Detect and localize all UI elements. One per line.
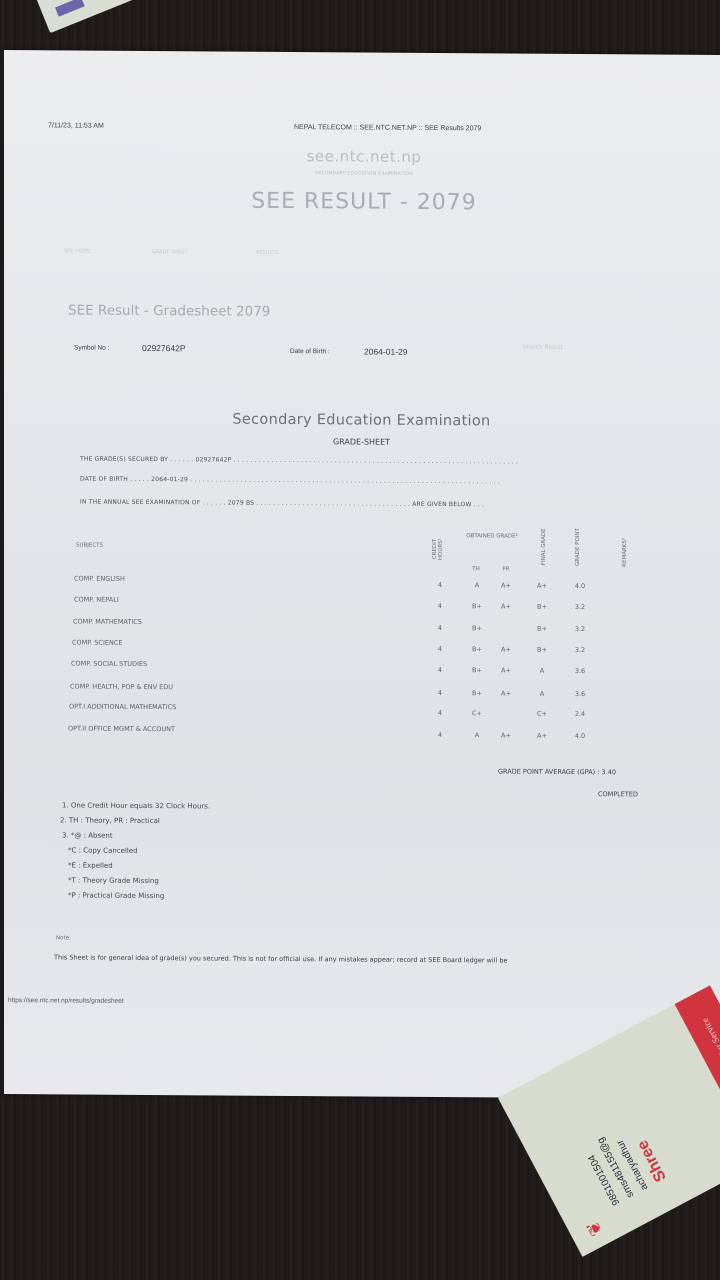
footnote-item: 3. *@ : Absent <box>62 831 113 839</box>
credit-hours-cell: 4 <box>428 731 452 739</box>
col-subjects: SUBJECTS <box>76 543 103 549</box>
nav-item-home[interactable]: SEE HOME <box>64 248 90 254</box>
footnote-item: *C : Copy Cancelled <box>68 846 138 854</box>
pr-grade-cell: A+ <box>494 731 518 739</box>
final-grade-cell: B+ <box>530 625 554 633</box>
nav-item-results[interactable]: RESULTS <box>256 250 278 256</box>
subject-name: COMP. NEPALI <box>74 595 119 603</box>
grade-point-cell: 4.0 <box>568 732 592 740</box>
th-grade-cell: C+ <box>465 709 489 717</box>
col-final-grade: FINAL GRADE <box>541 527 547 567</box>
final-grade-cell: A+ <box>530 582 554 590</box>
credit-hours-cell: 4 <box>428 709 452 717</box>
grade-point-cell: 4.0 <box>568 582 592 590</box>
col-obtained-grade: OBTAINED GRADE² <box>464 533 520 539</box>
grade-point-cell: 3.6 <box>568 667 592 675</box>
exam-title: Secondary Education Examination <box>4 410 719 431</box>
flyer-logo-icon: ❦ <box>582 1217 608 1240</box>
final-grade-cell: B+ <box>530 646 554 654</box>
print-datetime: 7/11/23, 11:53 AM <box>48 122 104 129</box>
gradesheet-title: GRADE-SHEET <box>4 435 719 449</box>
credit-hours-cell: 4 <box>428 581 452 589</box>
printed-gradesheet: 7/11/23, 11:53 AM NEPAL TELECOM :: SEE.N… <box>4 50 720 1099</box>
th-grade-cell: A <box>465 731 489 739</box>
col-th: TH <box>468 566 484 572</box>
pr-grade-cell: A+ <box>494 602 518 610</box>
print-url: https://see.ntc.net.np/results/gradeshee… <box>8 997 124 1005</box>
col-pr: PR <box>498 566 514 572</box>
dob-line: DATE OF BIRTH . . . . . 2064-01-29 . . .… <box>80 476 500 486</box>
pr-grade-cell: A+ <box>494 689 518 697</box>
subject-name: COMP. HEALTH, POP & ENV EDU <box>70 682 173 691</box>
col-credit-hours: CREDIT HOURS¹ <box>432 527 444 571</box>
th-grade-cell: B+ <box>465 666 489 674</box>
symbol-label: Symbol No : <box>74 344 109 351</box>
final-grade-cell: A+ <box>530 732 554 740</box>
secured-by-line: THE GRADE(S) SECURED BY . . . . . . 0292… <box>80 456 518 466</box>
subject-name: OPT.II OFFICE MGMT & ACCOUNT <box>68 724 175 733</box>
note-label: Note: <box>56 935 71 941</box>
note-text: This Sheet is for general idea of grade(… <box>54 953 508 964</box>
th-grade-cell: B+ <box>465 602 489 610</box>
pr-grade-cell: A+ <box>494 645 518 653</box>
final-grade-cell: C+ <box>530 710 554 718</box>
pr-grade-cell: A+ <box>494 666 518 674</box>
final-grade-cell: A <box>530 690 554 698</box>
footnote-item: 2. TH : Theory, PR : Practical <box>60 816 160 825</box>
grade-point-cell: 3.2 <box>568 625 592 633</box>
nav-item-gradesheet[interactable]: GRADE SHEET <box>152 249 187 255</box>
pr-grade-cell: A+ <box>494 581 518 589</box>
dob-value: 2064-01-29 <box>364 347 407 357</box>
credit-hours-cell: 4 <box>428 666 452 674</box>
subject-name: COMP. SOCIAL STUDIES <box>71 659 147 668</box>
th-grade-cell: B+ <box>465 624 489 632</box>
footnote-item: 1. One Credit Hour equals 32 Clock Hours… <box>62 801 210 810</box>
exam-line: IN THE ANNUAL SEE EXAMINATION OF . . . .… <box>80 499 484 509</box>
grade-point-cell: 3.2 <box>568 603 592 611</box>
grade-point-cell: 3.2 <box>568 646 592 654</box>
gpa-summary: GRADE POINT AVERAGE (GPA) : 3.40 <box>498 767 616 776</box>
print-page-title: NEPAL TELECOM :: SEE.NTC.NET.NP :: SEE R… <box>294 124 481 132</box>
grade-point-cell: 3.6 <box>568 690 592 698</box>
th-grade-cell: B+ <box>465 689 489 697</box>
credit-hours-cell: 4 <box>428 689 452 697</box>
footnote-item: *P : Practical Grade Missing <box>68 891 164 900</box>
th-grade-cell: A <box>465 581 489 589</box>
page-heading: SEE Result - Gradesheet 2079 <box>68 302 270 319</box>
footnote-item: *T : Theory Grade Missing <box>68 876 159 885</box>
final-grade-cell: B+ <box>530 603 554 611</box>
site-name: see.ntc.net.np <box>4 145 720 168</box>
subject-name: OPT.I ADDITIONAL MATHEMATICS <box>69 702 176 711</box>
grade-point-cell: 2.4 <box>568 710 592 718</box>
credit-hours-cell: 4 <box>428 645 452 653</box>
flyer-red-band: Our Service <box>675 985 720 1163</box>
result-status: COMPLETED <box>598 790 638 798</box>
col-remarks: REMARKS³ <box>622 527 628 577</box>
symbol-value: 02927642P <box>142 343 186 353</box>
search-result-button[interactable]: Search Result <box>522 344 563 351</box>
dob-label: Date of Birth : <box>290 348 330 355</box>
subject-name: COMP. ENGLISH <box>74 574 125 582</box>
final-grade-cell: A <box>530 667 554 675</box>
site-banner: SEE RESULT - 2079 <box>4 187 720 217</box>
col-grade-point: GRADE POINT <box>575 527 581 567</box>
flyer-tagline: Our Service <box>700 1016 720 1059</box>
credit-hours-cell: 4 <box>428 624 452 632</box>
subject-name: COMP. MATHEMATICS <box>73 617 142 625</box>
credit-hours-cell: 4 <box>428 602 452 610</box>
footnote-item: *E : Expelled <box>68 861 113 869</box>
site-subtitle: SECONDARY EDUCATION EXAMINATION <box>4 169 720 179</box>
th-grade-cell: B+ <box>465 645 489 653</box>
subject-name: COMP. SCIENCE <box>72 638 123 646</box>
